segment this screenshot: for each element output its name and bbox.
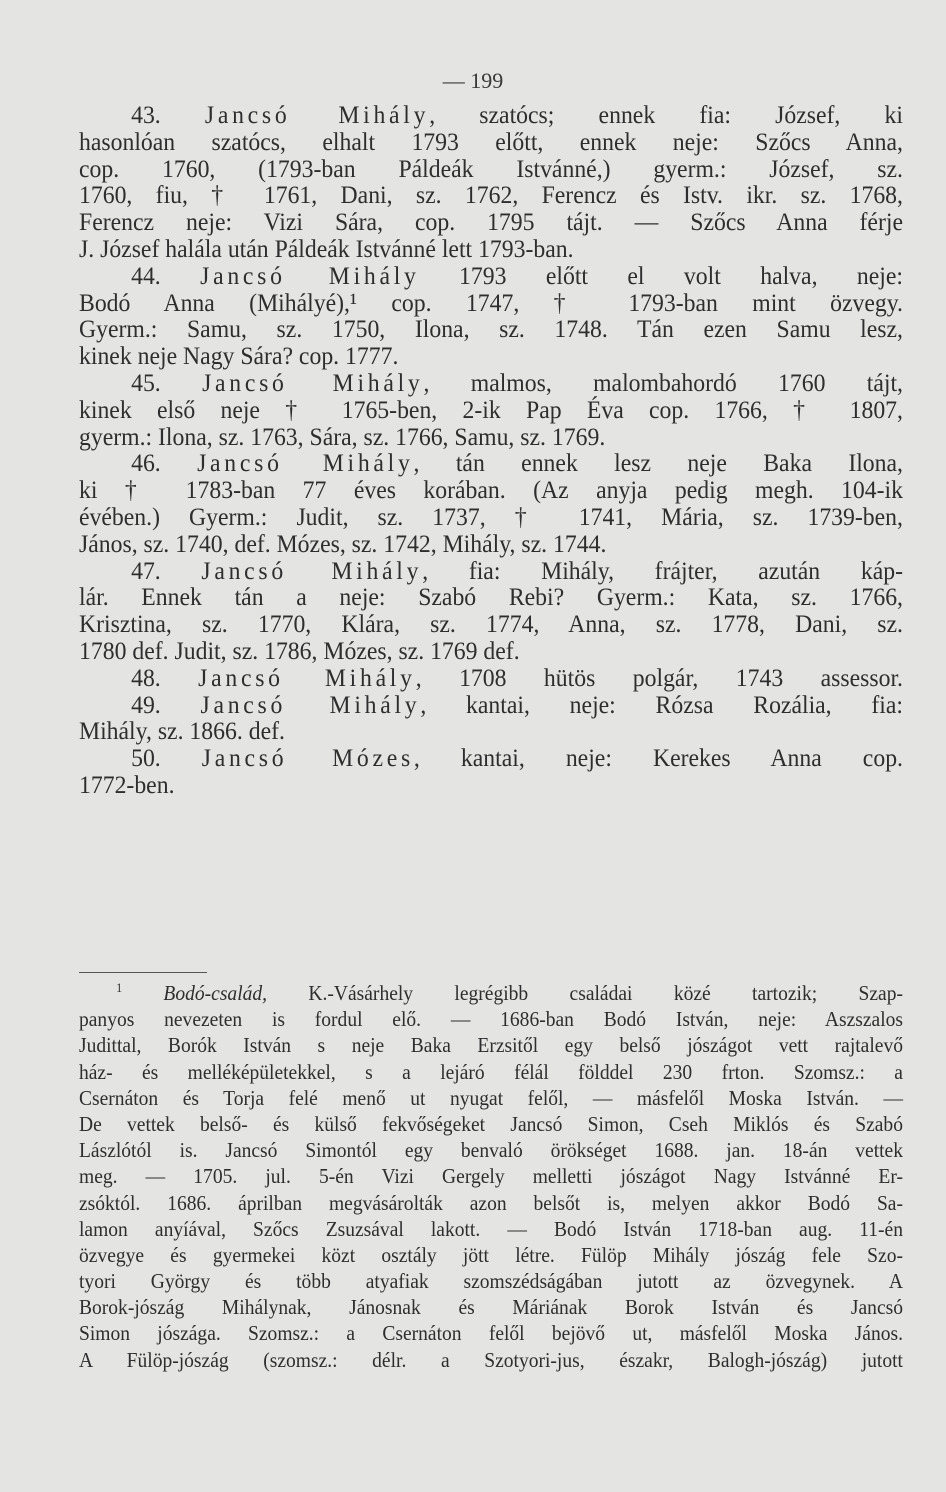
entry-line: Bodó Anna (Mihályé),¹ cop. 1747, † 1793-… bbox=[79, 290, 903, 317]
entry-line: Krisztina, sz. 1770, Klára, sz. 1774, An… bbox=[79, 611, 903, 638]
footnote-line: Borok-jószág Mihálynak, Jánosnak és Mári… bbox=[79, 1294, 903, 1320]
footnote: 1 Bodó-család, K.-Vásárhely legrégibb cs… bbox=[79, 980, 903, 1373]
footnote-line: zsóktól. 1686. áprilban megvásárolták az… bbox=[79, 1190, 903, 1216]
footnote-line: A Fülöp-jószág (szomsz.: délr. a Szotyor… bbox=[79, 1347, 903, 1373]
entry-line: Mihály, sz. 1866. def. bbox=[79, 718, 903, 745]
entry-line: 1772-ben. bbox=[79, 772, 903, 799]
entry-line: lár. Ennek tán a neje: Szabó Rebi? Gyerm… bbox=[79, 584, 903, 611]
entry-line: 46. Jancsó Mihály, tán ennek lesz neje B… bbox=[79, 450, 903, 477]
entry-line: 49. Jancsó Mihály, kantai, neje: Rózsa R… bbox=[79, 692, 903, 719]
footnote-line: panyos nevezeten is fordul elő. — 1686-b… bbox=[79, 1006, 903, 1032]
entry-name: Jancsó Mihály bbox=[200, 690, 420, 719]
entry-line: kinek neje Nagy Sára? cop. 1777. bbox=[79, 343, 903, 370]
entry-name: Jancsó Mihály bbox=[200, 261, 419, 290]
footnote-line: özvegye és gyermekei közt osztály jött l… bbox=[79, 1242, 903, 1268]
entry-line: 1780 def. Judit, sz. 1786, Mózes, sz. 17… bbox=[79, 638, 903, 665]
entry-44: 44. Jancsó Mihály 1793 előtt el volt hal… bbox=[79, 263, 903, 370]
entry-name: Jancsó Mihály bbox=[198, 663, 416, 692]
footnote-line: 1 Bodó-család, K.-Vásárhely legrégibb cs… bbox=[79, 980, 903, 1006]
footnote-line: meg. — 1705. jul. 5-én Vizi Gergely mell… bbox=[79, 1163, 903, 1189]
footnote-line: lamon anyíával, Szőcs Zsuzsával lakott. … bbox=[79, 1216, 903, 1242]
entry-line: Gyerm.: Samu, sz. 1750, Ilona, sz. 1748.… bbox=[79, 316, 903, 343]
footnote-line: tyori György és több atyafiak szomszédsá… bbox=[79, 1268, 903, 1294]
entry-name: Jancsó Mihály bbox=[202, 368, 423, 397]
footnote-line: Csernáton és Torja felé menő ut nyugat f… bbox=[79, 1085, 903, 1111]
footnote-line: Lászlótól is. Jancsó Simontól egy benval… bbox=[79, 1137, 903, 1163]
entry-line: 45. Jancsó Mihály, malmos, malombahordó … bbox=[79, 370, 903, 397]
entry-49: 49. Jancsó Mihály, kantai, neje: Rózsa R… bbox=[79, 692, 903, 746]
entry-line: 1760, fiu, † 1761, Dani, sz. 1762, Feren… bbox=[79, 182, 903, 209]
entry-line: cop. 1760, (1793-ban Páldeák Istvánné,) … bbox=[79, 156, 903, 183]
footnote-line: De vettek belső- és külső fekvőségeket J… bbox=[79, 1111, 903, 1137]
entry-line: 48. Jancsó Mihály, 1708 hütös polgár, 17… bbox=[79, 665, 903, 692]
entry-line: 44. Jancsó Mihály 1793 előtt el volt hal… bbox=[79, 263, 903, 290]
entry-line: János, sz. 1740, def. Mózes, sz. 1742, M… bbox=[79, 531, 903, 558]
entry-line: évében.) Gyerm.: Judit, sz. 1737, † 1741… bbox=[79, 504, 903, 531]
entry-50: 50. Jancsó Mózes, kantai, neje: Kerekes … bbox=[79, 745, 903, 799]
entry-line: gyerm.: Ilona, sz. 1763, Sára, sz. 1766,… bbox=[79, 424, 903, 451]
footnote-divider bbox=[79, 972, 207, 973]
entry-name: Jancsó Mihály bbox=[201, 556, 422, 585]
entry-46: 46. Jancsó Mihály, tán ennek lesz neje B… bbox=[79, 450, 903, 557]
entry-line: ki † 1783-ban 77 éves korában. (Az anyja… bbox=[79, 477, 903, 504]
footnote-line: Simon jószága. Szomsz.: a Csernáton felő… bbox=[79, 1320, 903, 1346]
footnote-line: Judittal, Borók István s neje Baka Erzsi… bbox=[79, 1032, 903, 1058]
entry-line: hasonlóan szatócs, elhalt 1793 előtt, en… bbox=[79, 129, 903, 156]
entry-name: Jancsó Mózes bbox=[202, 743, 414, 772]
entry-line: 47. Jancsó Mihály, fia: Mihály, frájter,… bbox=[79, 558, 903, 585]
entry-line: 43. Jancsó Mihály, szatócs; ennek fia: J… bbox=[79, 102, 903, 129]
entry-48: 48. Jancsó Mihály, 1708 hütös polgár, 17… bbox=[79, 665, 903, 692]
footnote-line: ház- és melléképületekkel, s a lejáró fé… bbox=[79, 1059, 903, 1085]
footnote-marker: 1 bbox=[116, 981, 122, 995]
entry-name: Jancsó Mihály bbox=[197, 448, 413, 477]
entry-43: 43. Jancsó Mihály, szatócs; ennek fia: J… bbox=[79, 102, 903, 263]
page-number: — 199 bbox=[0, 68, 946, 94]
entry-line: 50. Jancsó Mózes, kantai, neje: Kerekes … bbox=[79, 745, 903, 772]
footnote-title: Bodó-család, bbox=[163, 981, 267, 1005]
entry-line: J. József halála után Páldeák Istvánné l… bbox=[79, 236, 903, 263]
genealogy-entries: 43. Jancsó Mihály, szatócs; ennek fia: J… bbox=[79, 102, 903, 799]
entry-name: Jancsó Mihály bbox=[205, 100, 429, 129]
entry-47: 47. Jancsó Mihály, fia: Mihály, frájter,… bbox=[79, 558, 903, 665]
entry-line: Ferencz neje: Vizi Sára, cop. 1795 tájt.… bbox=[79, 209, 903, 236]
entry-line: kinek első neje † 1765-ben, 2-ik Pap Éva… bbox=[79, 397, 903, 424]
entry-45: 45. Jancsó Mihály, malmos, malombahordó … bbox=[79, 370, 903, 450]
